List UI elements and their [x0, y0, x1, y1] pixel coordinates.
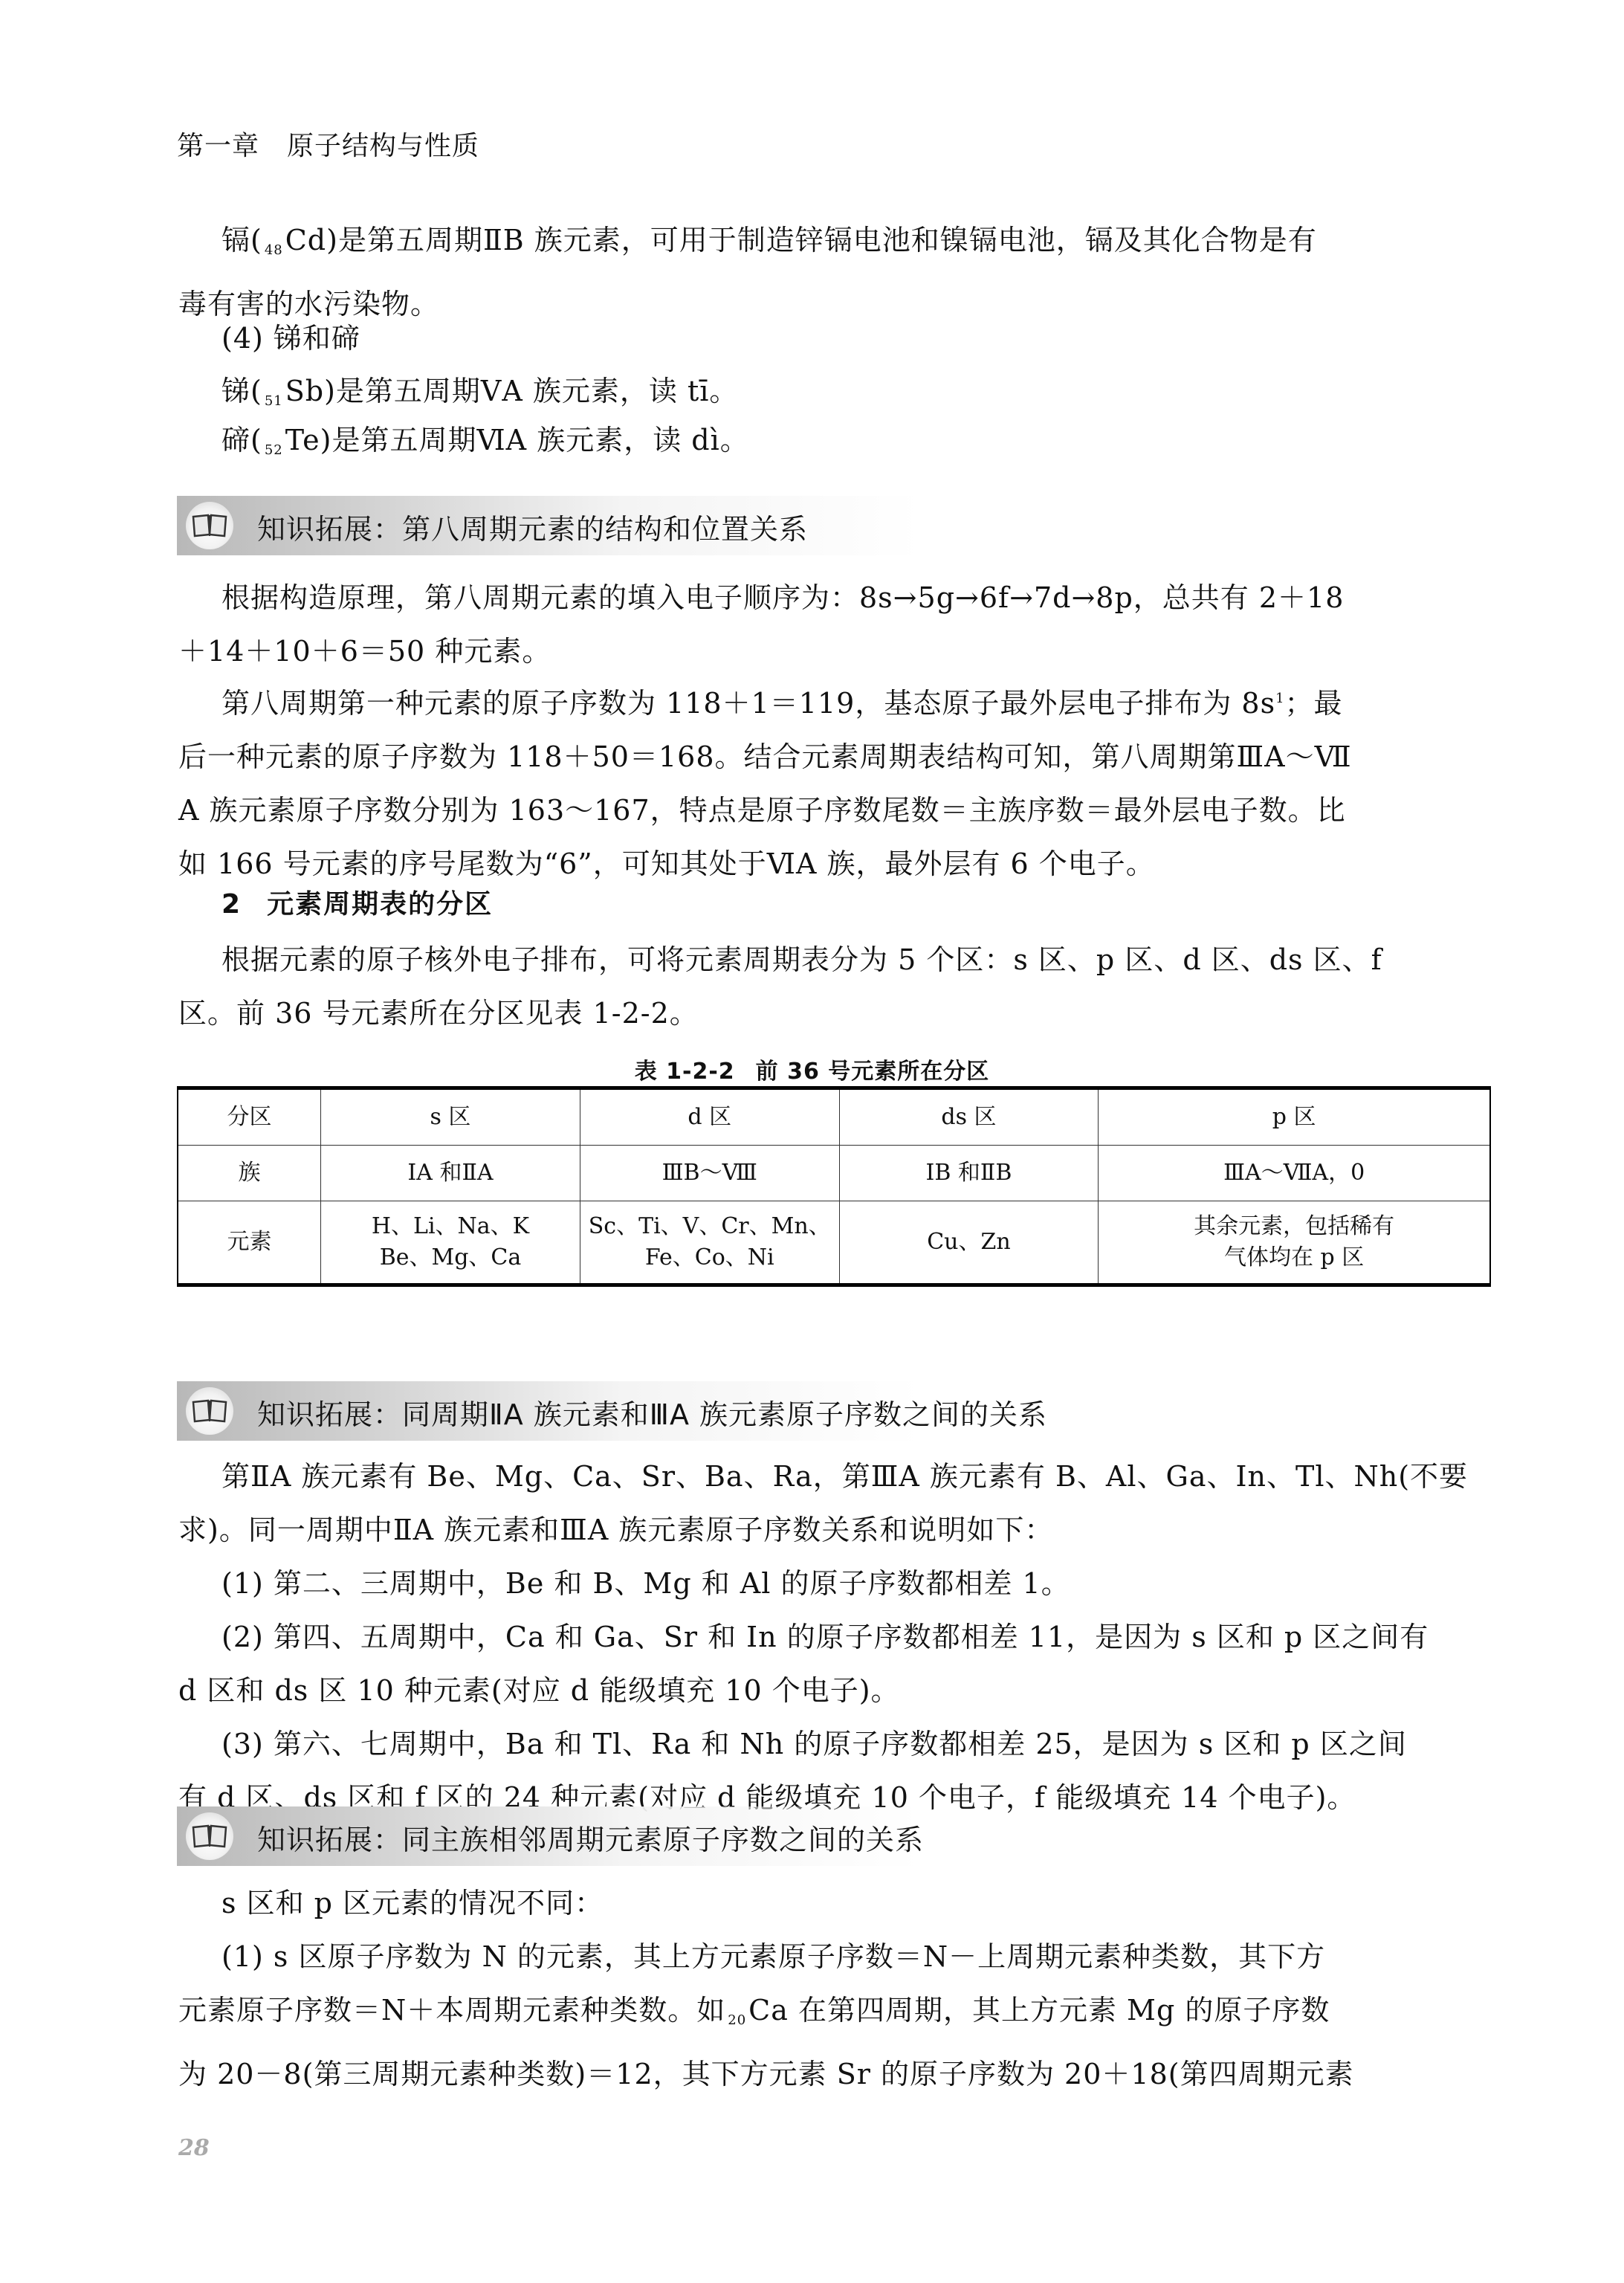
block-zones-table: 分区 s 区 d 区 ds 区 p 区 族 ⅠA 和ⅡA ⅢB～Ⅷ ⅠB 和ⅡB…	[177, 1086, 1491, 1287]
section2-paragraph: 根据元素的原子核外电子排布，可将元素周期表分为 5 个区：s 区、p 区、d 区…	[178, 933, 1472, 1040]
table-caption: 表 1-2-2前 36 号元素所在分区	[0, 1053, 1624, 1085]
book-icon	[186, 1812, 233, 1860]
knowledge-banner-group-2a-3a: 知识拓展：同周期ⅡA 族元素和ⅢA 族元素原子序数之间的关系	[177, 1381, 920, 1441]
table-row: 分区 s 区 d 区 ds 区 p 区	[178, 1088, 1490, 1146]
book-icon	[186, 1387, 233, 1435]
book-icon	[186, 502, 233, 549]
running-head: 第一章 原子结构与性质	[177, 125, 479, 163]
same-group-paragraph: s 区和 p 区元素的情况不同： (1) s 区原子序数为 N 的元素，其上方元…	[178, 1876, 1472, 2101]
banner-title: 知识拓展：同周期ⅡA 族元素和ⅢA 族元素原子序数之间的关系	[257, 1392, 1047, 1433]
group23-paragraph: 第ⅡA 族元素有 Be、Mg、Ca、Sr、Ba、Ra，第ⅢA 族元素有 B、Al…	[178, 1450, 1472, 1824]
banner-title: 知识拓展：同主族相邻周期元素原子序数之间的关系	[257, 1817, 924, 1858]
knowledge-banner-eighth-period: 知识拓展：第八周期元素的结构和位置关系	[177, 496, 920, 555]
text-line: 碲(52Te)是第五周期ⅥA 族元素，读 dì。	[178, 413, 1472, 477]
knowledge-banner-same-group: 知识拓展：同主族相邻周期元素原子序数之间的关系	[177, 1806, 920, 1866]
tellurium-paragraph: 碲(52Te)是第五周期ⅥA 族元素，读 dì。	[178, 413, 1472, 477]
textbook-page: 第一章 原子结构与性质 镉(48Cd)是第五周期ⅡB 族元素，可用于制造锌镉电池…	[0, 0, 1624, 2283]
table-row: 族 ⅠA 和ⅡA ⅢB～Ⅷ ⅠB 和ⅡB ⅢA～ⅦA，0	[178, 1146, 1490, 1201]
section-heading: 2元素周期表的分区	[221, 883, 493, 921]
eighth-period-paragraph-1: 根据构造原理，第八周期元素的填入电子顺序为：8s→5g→6f→7d→8p，总共有…	[178, 571, 1472, 678]
eighth-period-paragraph-2: 第八周期第一种元素的原子序数为 118＋1＝119，基态原子最外层电子排布为 8…	[178, 672, 1472, 891]
text-line: 镉(48Cd)是第五周期ⅡB 族元素，可用于制造锌镉电池和镍镉电池，镉及其化合物…	[178, 213, 1472, 277]
table-row: 元素 H、Li、Na、KBe、Mg、Ca Sc、Ti、V、Cr、Mn、Fe、Co…	[178, 1201, 1490, 1285]
banner-title: 知识拓展：第八周期元素的结构和位置关系	[257, 506, 808, 547]
page-number: 28	[178, 2135, 210, 2161]
item-4-heading: (4) 锑和碲	[178, 311, 1472, 365]
